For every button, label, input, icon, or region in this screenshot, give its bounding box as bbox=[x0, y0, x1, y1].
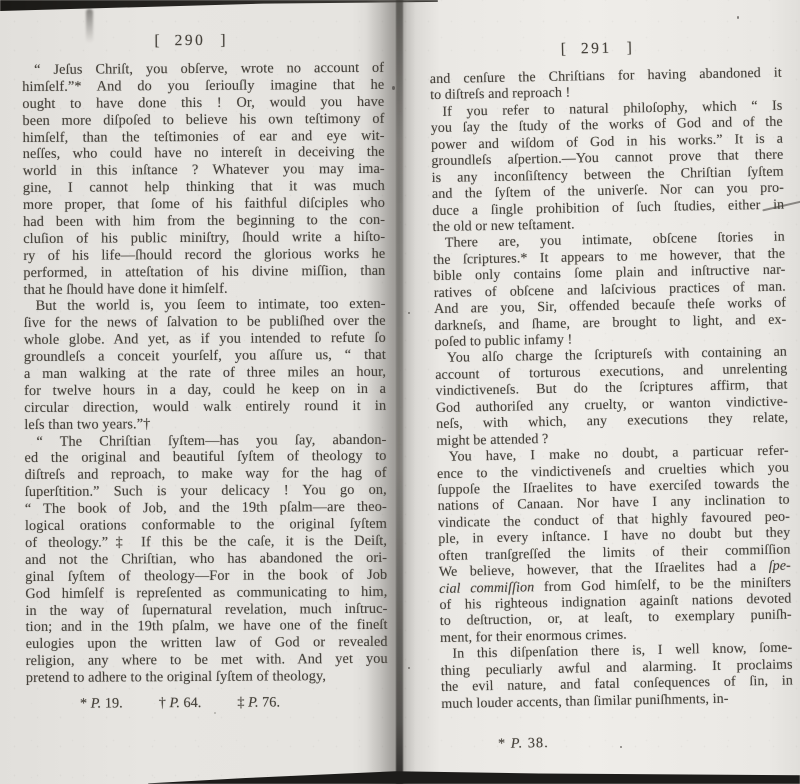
footnote: † P. 64. bbox=[159, 695, 202, 712]
paragraph: “ Jeſus Chriſt, you obſerve, wrote no ac… bbox=[22, 60, 385, 299]
text-line: religion, any where to be met with. And … bbox=[26, 651, 388, 670]
bracket-open: [ bbox=[561, 41, 567, 59]
footnote: * P. 19. bbox=[80, 695, 123, 712]
bracket-open: [ bbox=[154, 32, 159, 50]
bracket-close: ] bbox=[220, 32, 225, 50]
page-gutter-binding bbox=[396, 0, 403, 784]
paragraph: You alſo charge the ſcriptureſs with con… bbox=[435, 345, 789, 450]
scan-speck bbox=[737, 16, 739, 19]
page-290: [ 290 ] “ Jeſus Chriſt, you obſerve, wro… bbox=[22, 28, 388, 713]
footnote: * P. 38. bbox=[498, 735, 549, 753]
page-header: [ 290 ] bbox=[22, 28, 384, 54]
page-number: 291 bbox=[581, 40, 612, 59]
paragraph: If you refer to natural philoſophy, whic… bbox=[430, 98, 784, 236]
paragraph: You have, I make no doubt, a particuar r… bbox=[437, 444, 793, 648]
paragraph: “ The Chriſtian ſyſtem—has you ſay, aban… bbox=[24, 431, 388, 687]
footnotes: * P. 19.† P. 64.‡ P. 76. bbox=[26, 694, 388, 713]
bracket-close: ] bbox=[627, 39, 633, 57]
footnote: ‡ P. 76. bbox=[237, 694, 280, 711]
scan-speck bbox=[408, 667, 410, 669]
paragraph: There are, you intimate, obſcene ſtories… bbox=[433, 230, 787, 351]
scan-speck bbox=[392, 86, 395, 90]
text-line: performed, in atteſtation of his divine … bbox=[23, 262, 385, 281]
page-291: [ 291 ] and cenſure the Chriſtians for h… bbox=[429, 34, 794, 754]
page-text: “ Jeſus Chriſt, you obſerve, wrote no ac… bbox=[22, 60, 388, 687]
footnotes: * P. 38. bbox=[442, 731, 794, 754]
scan-speck bbox=[408, 312, 410, 314]
page-number: 290 bbox=[175, 32, 206, 50]
page-header: [ 291 ] bbox=[429, 34, 781, 64]
page-text: and cenſure the Chriſtians for having ab… bbox=[430, 66, 794, 713]
text-line: pretend to adhere to the original ſyſtem… bbox=[26, 668, 388, 687]
scan-shadow-bottom bbox=[148, 769, 800, 784]
book-scan: [ 290 ] “ Jeſus Chriſt, you obſerve, wro… bbox=[0, 0, 800, 784]
text-line: circular direction, would walk entirely … bbox=[24, 398, 386, 417]
paragraph: In this diſpenſation there is, I well kn… bbox=[440, 641, 793, 713]
paragraph: But the world is, you ſeem to intimate, … bbox=[24, 296, 387, 433]
scan-speck bbox=[214, 712, 216, 714]
